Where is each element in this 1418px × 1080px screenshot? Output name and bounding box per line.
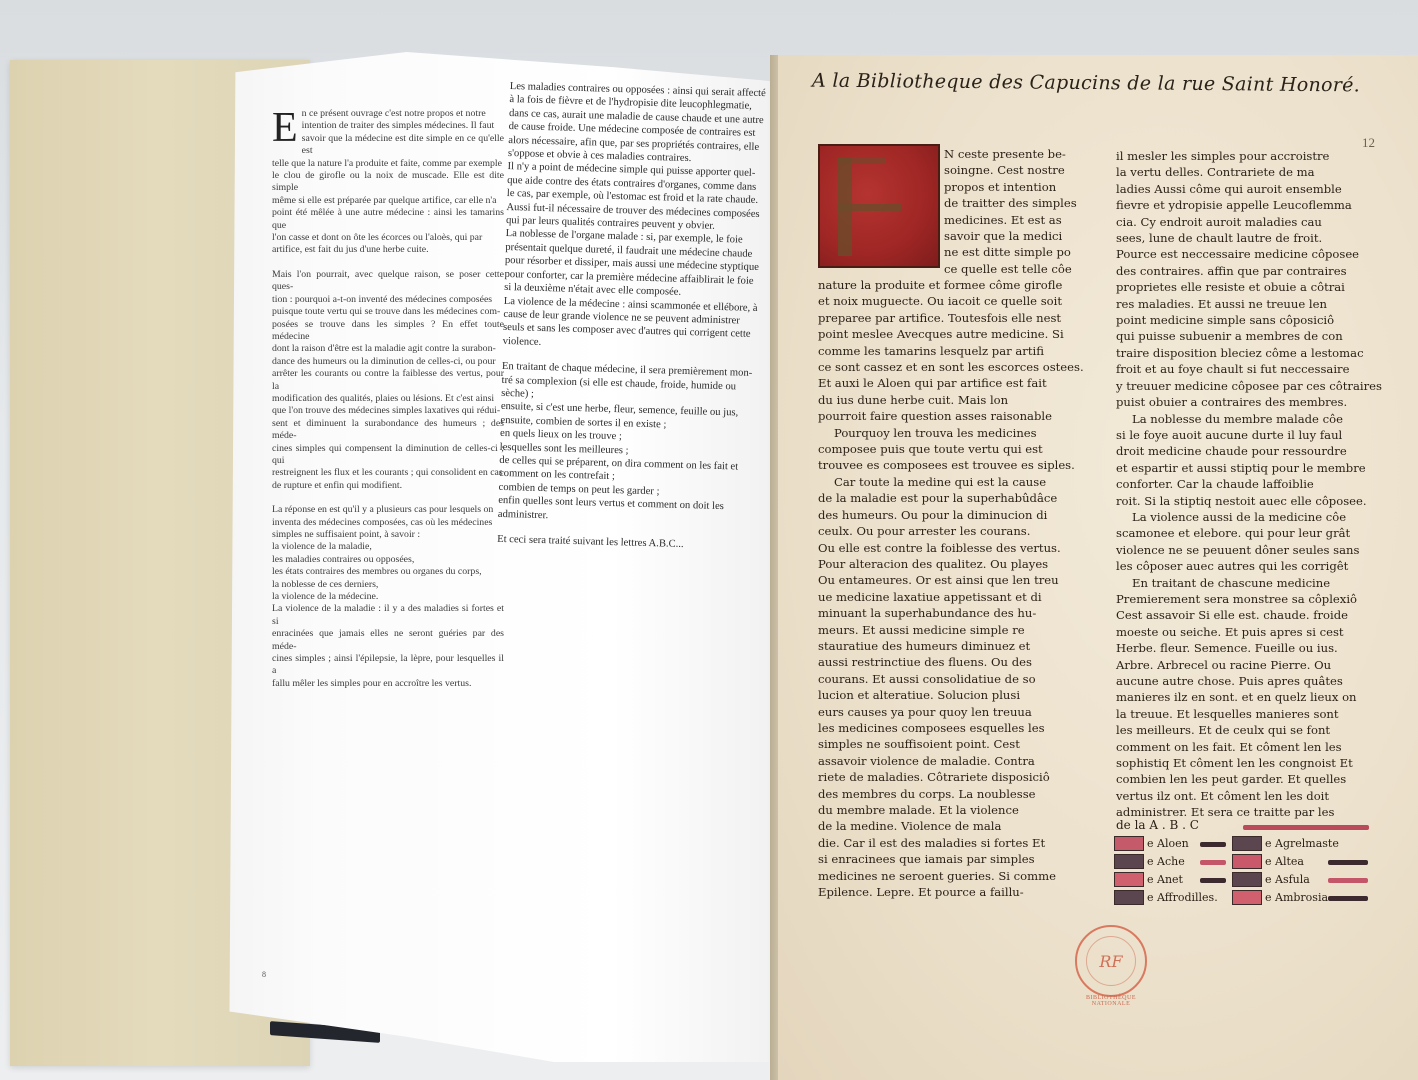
manuscript-line: point medicine simple sans côposiciô	[1116, 312, 1386, 328]
text-line: intention de traiter des simples médecin…	[272, 120, 504, 132]
manuscript-line: assavoir violence de maladie. Contra	[818, 753, 1078, 769]
text-line: cines simples ; ainsi l'épilepsie, la lè…	[272, 653, 504, 678]
text-line: posées se trouve dans les simples ? En e…	[272, 319, 504, 344]
text-line: artifice, est fait du jus d'une herbe cu…	[272, 244, 504, 256]
manuscript-line: si enracinees que iamais par simples	[818, 851, 1078, 867]
left-page-number: 8	[262, 970, 266, 979]
text-line: que l'on trouve des médecines simples la…	[272, 405, 504, 417]
index-entry-label: e Ache	[1147, 855, 1185, 868]
manuscript-line: Ou elle est contre la foiblesse des vert…	[818, 540, 1078, 556]
manuscript-line: Pour alteracion des qualitez. Ou playes	[818, 556, 1078, 572]
manuscript-line: stauratiue des humeurs diminuez et	[818, 638, 1078, 654]
manuscript-line: qui puisse subuenir a membres de con	[1116, 328, 1386, 344]
manuscript-line: meurs. Et aussi medicine simple re	[818, 622, 1078, 638]
manuscript-line: conforter. Car la chaude laffoiblie	[1116, 476, 1386, 492]
index-color-box	[1114, 854, 1144, 869]
index-color-box	[1232, 854, 1262, 869]
manuscript-line: la treuue. Et lesquelles manieres sont	[1116, 706, 1386, 722]
manuscript-line: des humeurs. Ou pour la diminucion di	[818, 507, 1078, 523]
index-entry-label: e Agrelmaste	[1265, 837, 1339, 850]
index-color-box	[1114, 890, 1144, 905]
manuscript-line: nature la produite et formee côme girofl…	[818, 277, 1078, 293]
paragraph: Et ceci sera traité suivant les lettres …	[497, 533, 759, 554]
paragraph: En traitant de chaque médecine, il sera …	[498, 360, 764, 528]
column-2-body: Les maladies contraires ou opposées : ai…	[497, 80, 772, 554]
text-line: les états contraires des membres ou orga…	[272, 566, 504, 578]
manuscript-line: des contraires. affin que par contraires	[1116, 263, 1386, 279]
text-line: point été mêlée à une autre médecine : a…	[272, 207, 504, 232]
manuscript-line: preparee par artifice. Toutesfois elle n…	[818, 310, 1078, 326]
manuscript-line: de la medine. Violence de mala	[818, 818, 1078, 834]
index-dash-mark	[1200, 842, 1226, 847]
text-line: arrêter les courants ou contre la faible…	[272, 368, 504, 393]
manuscript-line: de la maladie est pour la superhabûdâce	[818, 490, 1078, 506]
manuscript-line: vertus ilz ont. Et côment len les doit	[1116, 788, 1386, 804]
manuscript-line: La violence aussi de la medicine côe	[1116, 509, 1386, 525]
manuscript-line: En traitant de chascune medicine	[1116, 575, 1386, 591]
text-line: cines simples qui compensent la diminuti…	[272, 443, 504, 468]
manuscript-line: proprietes elle resiste et obuie a côtra…	[1116, 279, 1386, 295]
text-line: l'on casse et dont on ôte les écorces ou…	[272, 232, 504, 244]
manuscript-line: soingne. Cest nostre	[944, 162, 1094, 178]
index-entry-label: e Anet	[1147, 873, 1183, 886]
manuscript-line: cia. Cy endroit auroit maladies cau	[1116, 214, 1386, 230]
text-line: la noblesse de ces derniers,	[272, 579, 504, 591]
manuscript-line: droit medicine chaude pour ressourdre	[1116, 443, 1386, 459]
index-dash-mark	[1328, 860, 1368, 865]
manuscript-lines-beside-initial: N ceste presente be-soingne. Cest nostre…	[944, 146, 1094, 277]
text-line: Et ceci sera traité suivant les lettres …	[497, 533, 759, 554]
index-entry-label: e Affrodilles.	[1147, 891, 1218, 904]
manuscript-line: puist obuier a contraires des membres.	[1116, 394, 1386, 410]
drop-cap: E	[272, 110, 298, 146]
stamp-monogram: RF	[1086, 936, 1136, 986]
manuscript-line: riete de maladies. Côtrariete disposiciô	[818, 769, 1078, 785]
text-line: La violence de la maladie : il y a des m…	[272, 603, 504, 628]
manuscript-line: medicines ne seroent gueries. Si comme	[818, 868, 1078, 884]
manuscript-line: simples ne souffisoient point. Cest	[818, 736, 1078, 752]
manuscript-line: violence ne se peuuent dôner seules sans	[1116, 542, 1386, 558]
index-color-box	[1232, 836, 1262, 851]
manuscript-line: Epilence. Lepre. Et pource a faillu-	[818, 884, 1078, 900]
text-line: dont la raison d'être est la maladie agi…	[272, 343, 504, 355]
text-line: enracinées que jamais elles ne seront gu…	[272, 628, 504, 653]
manuscript-line: du ius dune herbe cuit. Mais lon	[818, 392, 1078, 408]
manuscript-line: point meslee Avecques autre medicine. Si	[818, 326, 1078, 342]
text-line: la violence de la maladie,	[272, 541, 504, 553]
manuscript-line: Cest assavoir Si elle est. chaude. froid…	[1116, 607, 1386, 623]
column-1-body: n ce présent ouvrage c'est notre propos …	[272, 108, 504, 690]
manuscript-line: ue medicine laxatiue appetissant et di	[818, 589, 1078, 605]
manuscript-line: courans. Et aussi consolidatiue de so	[818, 671, 1078, 687]
manuscript-line: Ou entameures. Or est ainsi que len treu	[818, 572, 1078, 588]
text-line: n ce présent ouvrage c'est notre propos …	[272, 108, 504, 120]
manuscript-line: froit et au foye chault si fut neccessai…	[1116, 361, 1386, 377]
text-line: restreignent les flux et les courants ; …	[272, 467, 504, 479]
manuscript-line: die. Car il est des maladies si fortes E…	[818, 835, 1078, 851]
manuscript-line: roit. Si la stiptiq nestoit auec elle cô…	[1116, 493, 1386, 509]
manuscript-line: pourroit faire question asses raisonable	[818, 408, 1078, 424]
manuscript-line: les medicines composees esquelles les	[818, 720, 1078, 736]
manuscript-line: la vertu delles. Contrariete de ma	[1116, 164, 1386, 180]
initial-top-bar	[838, 158, 886, 164]
illuminated-initial-e	[818, 144, 940, 268]
manuscript-line: Pourquoy len trouva les medicines	[818, 425, 1078, 441]
paragraph: La réponse en est qu'il y a plusieurs ca…	[272, 504, 504, 690]
text-line: tion : pourquoi a-t-on inventé des médec…	[272, 294, 504, 306]
text-line: telle que la nature l'a produite et fait…	[272, 158, 504, 170]
manuscript-line: Arbre. Arbrecel ou racine Pierre. Ou	[1116, 657, 1386, 673]
index-color-box	[1114, 872, 1144, 887]
manuscript-line: ne est ditte simple po	[944, 244, 1094, 260]
paragraph: Les maladies contraires ou opposées : ai…	[503, 80, 772, 355]
index-color-box	[1114, 836, 1144, 851]
manuscript-line: du membre malade. Et la violence	[818, 802, 1078, 818]
index-dash-mark	[1200, 878, 1226, 883]
text-line: même si elle est préparée par quelque ar…	[272, 195, 504, 207]
paragraph: Mais l'on pourrait, avec quelque raison,…	[272, 269, 504, 492]
manuscript-line: ce quelle est telle côe	[944, 261, 1094, 277]
text-line: puisque toute vertu qui se trouve dans l…	[272, 306, 504, 318]
manuscript-line: scamonee et elebore. qui pour leur grât	[1116, 525, 1386, 541]
manuscript-line: traire disposition bleciez côme a lestom…	[1116, 345, 1386, 361]
index-entry-label: e Altea	[1265, 855, 1304, 868]
text-line: savoir que la médecine est dite simple e…	[272, 133, 504, 158]
manuscript-line: des membres du corps. La noublesse	[818, 786, 1078, 802]
manuscript-line: Herbe. fleur. Semence. Fueille ou ius.	[1116, 640, 1386, 656]
manuscript-line: si le foye auoit aucune durte il luy fau…	[1116, 427, 1386, 443]
manuscript-line: sees, lune de chault lautre de froit.	[1116, 230, 1386, 246]
paragraph: n ce présent ouvrage c'est notre propos …	[272, 108, 504, 257]
manuscript-line: La noblesse du membre malade côe	[1116, 411, 1386, 427]
left-page-column-1: E n ce présent ouvrage c'est notre propo…	[272, 108, 504, 702]
manuscript-line: et noix muguecte. Ou iacoit ce quelle so…	[818, 293, 1078, 309]
manuscript-line: manieres ilz en sont. et en quelz lieux …	[1116, 689, 1386, 705]
manuscript-line: Car toute la medine qui est la cause	[818, 474, 1078, 490]
initial-mid-bar	[838, 204, 902, 211]
manuscript-line: Premierement sera monstree sa côplexiô	[1116, 591, 1386, 607]
text-line: les maladies contraires ou opposées,	[272, 554, 504, 566]
manuscript-line: eurs causes ya pour quoy len treuua	[818, 704, 1078, 720]
manuscript-line: Et auxi le Aloen qui par artifice est fa…	[818, 375, 1078, 391]
text-line: La réponse en est qu'il y a plusieurs ca…	[272, 504, 504, 516]
text-line: inventa des médecines composées, cas où …	[272, 517, 504, 529]
index-entry-label: e Aloen	[1147, 837, 1189, 850]
manuscript-line: savoir que la medici	[944, 228, 1094, 244]
manuscript-line: aussi restrinctiue des fluens. Ou des	[818, 654, 1078, 670]
manuscript-line: sophistiq Et côment len les congnoist Et	[1116, 755, 1386, 771]
index-color-box	[1232, 872, 1262, 887]
index-entry-label: e Ambrosia	[1265, 891, 1328, 904]
manuscript-line: medicines. Et est as	[944, 212, 1094, 228]
manuscript-line: moeste ou seiche. Et puis apres si cest	[1116, 624, 1386, 640]
manuscript-line: Pource est neccessaire medicine côposee	[1116, 246, 1386, 262]
text-line: de rupture et enfin qui modifient.	[272, 480, 504, 492]
manuscript-line: composee puis que toute vertu qui est	[818, 441, 1078, 457]
text-line: la violence de la médecine.	[272, 591, 504, 603]
left-page-column-2: Les maladies contraires ou opposées : ai…	[497, 80, 772, 566]
index-dash-mark	[1328, 896, 1368, 901]
index-entry-label: e Asfula	[1265, 873, 1310, 886]
manuscript-line: lucion et alteratiue. Solucion plusi	[818, 687, 1078, 703]
manuscript-line: ceulx. Ou pour arrester les courans.	[818, 523, 1078, 539]
manuscript-line: y treuuer medicine côposee par ces côtra…	[1116, 378, 1386, 394]
manuscript-line: les meilleurs. Et de ceulx qui se font	[1116, 722, 1386, 738]
manuscript-column-right: il mesler les simples pour accroistrela …	[1116, 148, 1386, 821]
manuscript-line: les côposer auec autres qui les corrigêt	[1116, 558, 1386, 574]
herb-index-table: e Aloene Achee Anete Affrodilles.e Agrel…	[1114, 822, 1404, 922]
manuscript-line: comme les tamarins lesquelz par artifi	[818, 343, 1078, 359]
index-color-box	[1232, 890, 1262, 905]
manuscript-line: N ceste presente be-	[944, 146, 1094, 162]
text-line: modification des qualités, plaies ou lés…	[272, 393, 504, 405]
text-line: simples ne suffisaient point, à savoir :	[272, 529, 504, 541]
manuscript-line: comment on les fait. Et côment len les	[1116, 739, 1386, 755]
text-line: fallu mêler les simples pour en accroîtr…	[272, 678, 504, 690]
text-line: sent et diminuent la surabondance des hu…	[272, 418, 504, 443]
manuscript-line: et espartir et aussi stiptiq pour le mem…	[1116, 460, 1386, 476]
manuscript-line: ladies Aussi côme qui auroit ensemble	[1116, 181, 1386, 197]
manuscript-line: trouvee es composees est trouvee es sipl…	[818, 457, 1078, 473]
text-line: le clou de girofle ou la noix de muscade…	[272, 170, 504, 195]
text-line: dance des humeurs ou la diminution de ce…	[272, 356, 504, 368]
manuscript-line: minuant la superhabundance des hu-	[818, 605, 1078, 621]
library-stamp: RF	[1075, 925, 1147, 997]
text-line: Mais l'on pourrait, avec quelque raison,…	[272, 269, 504, 294]
manuscript-column-left: nature la produite et formee côme girofl…	[818, 277, 1078, 900]
manuscript-line: combien len les peut garder. Et quelles	[1116, 771, 1386, 787]
stamp-ring-text: BIBLIOTHÈQUE NATIONALE	[1075, 995, 1147, 1007]
manuscript-line: ce sont cassez et en sont les escorces o…	[818, 359, 1078, 375]
manuscript-line: res maladies. Et aussi ne treuue len	[1116, 296, 1386, 312]
manuscript-line: il mesler les simples pour accroistre	[1116, 148, 1386, 164]
index-dash-mark	[1328, 878, 1368, 883]
manuscript-line: propos et intention	[944, 179, 1094, 195]
manuscript-line: fievre et ydropisie appelle Leucoflemma	[1116, 197, 1386, 213]
manuscript-line: aucune autre chose. Puis apres quâtes	[1116, 673, 1386, 689]
index-dash-mark	[1200, 860, 1226, 865]
manuscript-line: de traitter des simples	[944, 195, 1094, 211]
